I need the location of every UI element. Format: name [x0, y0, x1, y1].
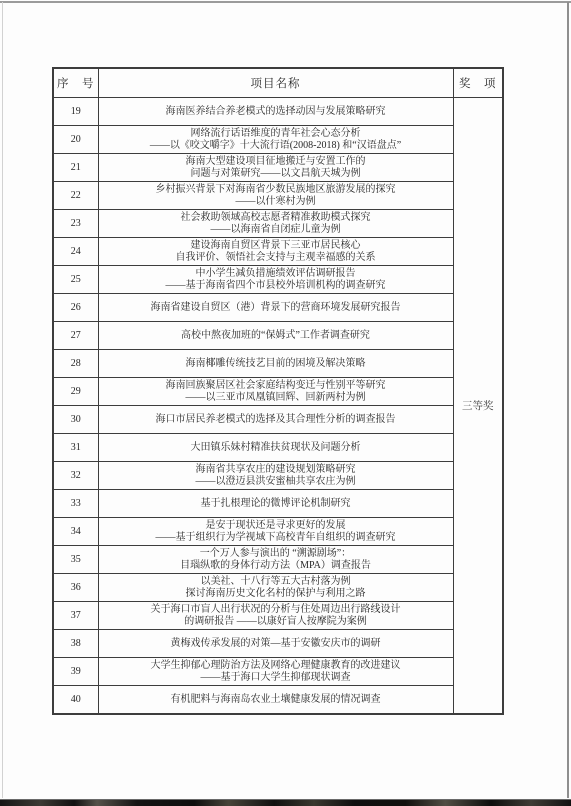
project-name-cell: 海南大型建设项目征地搬迁与安置工作的 问题与对策研究——以文昌航天城为例: [98, 154, 453, 182]
header-project-name: 项目名称: [98, 68, 453, 98]
row-number-cell: 23: [53, 210, 98, 238]
row-number-cell: 20: [53, 126, 98, 154]
project-name-cell: 社会救助领域高校志愿者精准救助模式探究 ——以海南省自闭症儿童为例: [98, 210, 453, 238]
project-name-cell: 有机肥料与海南岛农业土壤健康发展的情况调查: [98, 686, 453, 715]
project-name-cell: 海南省共享农庄的建设规划策略研究 ——以澄迈县洪安蜜柚共享农庄为例: [98, 462, 453, 490]
project-name-cell: 黄梅戏传承发展的对策—基于安徽安庆市的调研: [98, 630, 453, 658]
project-name-cell: 大田镇乐妹村精准扶贫现状及问题分析: [98, 434, 453, 462]
project-name-cell: 关于海口市盲人出行状况的分析与住处周边出行路线设计 的调研报告 ——以康好盲人按…: [98, 602, 453, 630]
table-row: 37 关于海口市盲人出行状况的分析与住处周边出行路线设计 的调研报告 ——以康好…: [53, 602, 503, 630]
project-name-cell: 中小学生减负措施绩效评估调研报告 ——基于海南省四个市县校外培训机构的调查研究: [98, 266, 453, 294]
project-name-cell: 海南椰雕传统技艺目前的困境及解决策略: [98, 350, 453, 378]
row-number-cell: 31: [53, 434, 98, 462]
row-number-cell: 25: [53, 266, 98, 294]
header-serial-number: 序 号: [53, 68, 98, 98]
table-row: 30 海口市居民养老模式的选择及其合理性分析的调查报告: [53, 406, 503, 434]
project-name-cell: 海南医养结合养老模式的选择动因与发展策略研究: [98, 98, 453, 126]
project-name-cell: 乡村振兴背景下对海南省少数民族地区旅游发展的探究 ——以什寒村为例: [98, 182, 453, 210]
row-number-cell: 22: [53, 182, 98, 210]
table-row: 27 高校中熬夜加班的“保姆式”工作者调查研究: [53, 322, 503, 350]
table-row: 22 乡村振兴背景下对海南省少数民族地区旅游发展的探究 ——以什寒村为例: [53, 182, 503, 210]
table-row: 36 以美社、十八行等五大古村落为例 探讨海南历史文化名村的保护与利用之路: [53, 574, 503, 602]
table-row: 34 是安于现状还是寻求更好的发展 ——基于组织行为学视域下高校青年自组织的调查…: [53, 518, 503, 546]
table-row: 35 一个万人参与演出的 “溯源剧场”： 目瑙纵歌的身体行动方法（MPA）调查报…: [53, 546, 503, 574]
table-row: 38 黄梅戏传承发展的对策—基于安徽安庆市的调研: [53, 630, 503, 658]
row-number-cell: 34: [53, 518, 98, 546]
row-number-cell: 37: [53, 602, 98, 630]
project-name-cell: 以美社、十八行等五大古村落为例 探讨海南历史文化名村的保护与利用之路: [98, 574, 453, 602]
row-number-cell: 38: [53, 630, 98, 658]
row-number-cell: 21: [53, 154, 98, 182]
project-name-cell: 网络流行话语维度的青年社会心态分析 ——以《咬文嚼字》十大流行语(2008-20…: [98, 126, 453, 154]
page-edge-right: [567, 2, 569, 798]
project-name-cell: 海南省建设自贸区（港）背景下的营商环境发展研究报告: [98, 294, 453, 322]
row-number-cell: 32: [53, 462, 98, 490]
row-number-cell: 24: [53, 238, 98, 266]
table-row: 29 海南回族聚居区社会家庭结构变迁与性别平等研究 ——以三亚市凤凰镇回辉、回新…: [53, 378, 503, 406]
table-row: 19 海南医养结合养老模式的选择动因与发展策略研究 三等奖: [53, 98, 503, 126]
table-row: 25 中小学生减负措施绩效评估调研报告 ——基于海南省四个市县校外培训机构的调查…: [53, 266, 503, 294]
table-row: 28 海南椰雕传统技艺目前的困境及解决策略: [53, 350, 503, 378]
row-number-cell: 26: [53, 294, 98, 322]
project-name-cell: 建设海南自贸区背景下三亚市居民核心 自我评价、领悟社会支持与主观幸福感的关系: [98, 238, 453, 266]
table-row: 24 建设海南自贸区背景下三亚市居民核心 自我评价、领悟社会支持与主观幸福感的关…: [53, 238, 503, 266]
table-row: 32 海南省共享农庄的建设规划策略研究 ——以澄迈县洪安蜜柚共享农庄为例: [53, 462, 503, 490]
table-row: 40 有机肥料与海南岛农业土壤健康发展的情况调查: [53, 686, 503, 715]
table-row: 26 海南省建设自贸区（港）背景下的营商环境发展研究报告: [53, 294, 503, 322]
award-projects-table: 序 号 项目名称 奖 项 19 海南医养结合养老模式的选择动因与发展策略研究 三…: [52, 67, 504, 715]
table-row: 21 海南大型建设项目征地搬迁与安置工作的 问题与对策研究——以文昌航天城为例: [53, 154, 503, 182]
project-name-cell: 一个万人参与演出的 “溯源剧场”： 目瑙纵歌的身体行动方法（MPA）调查报告: [98, 546, 453, 574]
project-name-cell: 基于扎根理论的微博评论机制研究: [98, 490, 453, 518]
row-number-cell: 36: [53, 574, 98, 602]
row-number-cell: 28: [53, 350, 98, 378]
row-number-cell: 19: [53, 98, 98, 126]
header-award: 奖 项: [453, 68, 503, 98]
row-number-cell: 39: [53, 658, 98, 686]
row-number-cell: 30: [53, 406, 98, 434]
row-number-cell: 27: [53, 322, 98, 350]
row-number-cell: 29: [53, 378, 98, 406]
page-edge-top: [0, 1, 571, 3]
table-row: 31 大田镇乐妹村精准扶贫现状及问题分析: [53, 434, 503, 462]
project-name-cell: 是安于现状还是寻求更好的发展 ——基于组织行为学视域下高校青年自组织的调查研究: [98, 518, 453, 546]
project-name-cell: 高校中熬夜加班的“保姆式”工作者调查研究: [98, 322, 453, 350]
scanned-document-page: { "table": { "headers": ["序 号", "项目名称", …: [0, 0, 571, 806]
table-row: 23 社会救助领域高校志愿者精准救助模式探究 ——以海南省自闭症儿童为例: [53, 210, 503, 238]
table-row: 39 大学生抑郁心理防治方法及网络心理健康教育的改进建议 ——基于海口大学生抑郁…: [53, 658, 503, 686]
award-merged-cell: 三等奖: [453, 98, 503, 715]
row-number-cell: 35: [53, 546, 98, 574]
project-name-cell: 大学生抑郁心理防治方法及网络心理健康教育的改进建议 ——基于海口大学生抑郁现状调…: [98, 658, 453, 686]
row-number-cell: 40: [53, 686, 98, 715]
page-edge-left: [2, 2, 3, 798]
table-row: 33 基于扎根理论的微博评论机制研究: [53, 490, 503, 518]
project-name-cell: 海口市居民养老模式的选择及其合理性分析的调查报告: [98, 406, 453, 434]
scan-edge-artifact: [0, 799, 571, 806]
project-name-cell: 海南回族聚居区社会家庭结构变迁与性别平等研究 ——以三亚市凤凰镇回辉、回新两村为…: [98, 378, 453, 406]
row-number-cell: 33: [53, 490, 98, 518]
table-row: 20 网络流行话语维度的青年社会心态分析 ——以《咬文嚼字》十大流行语(2008…: [53, 126, 503, 154]
table-header-row: 序 号 项目名称 奖 项: [53, 68, 503, 98]
